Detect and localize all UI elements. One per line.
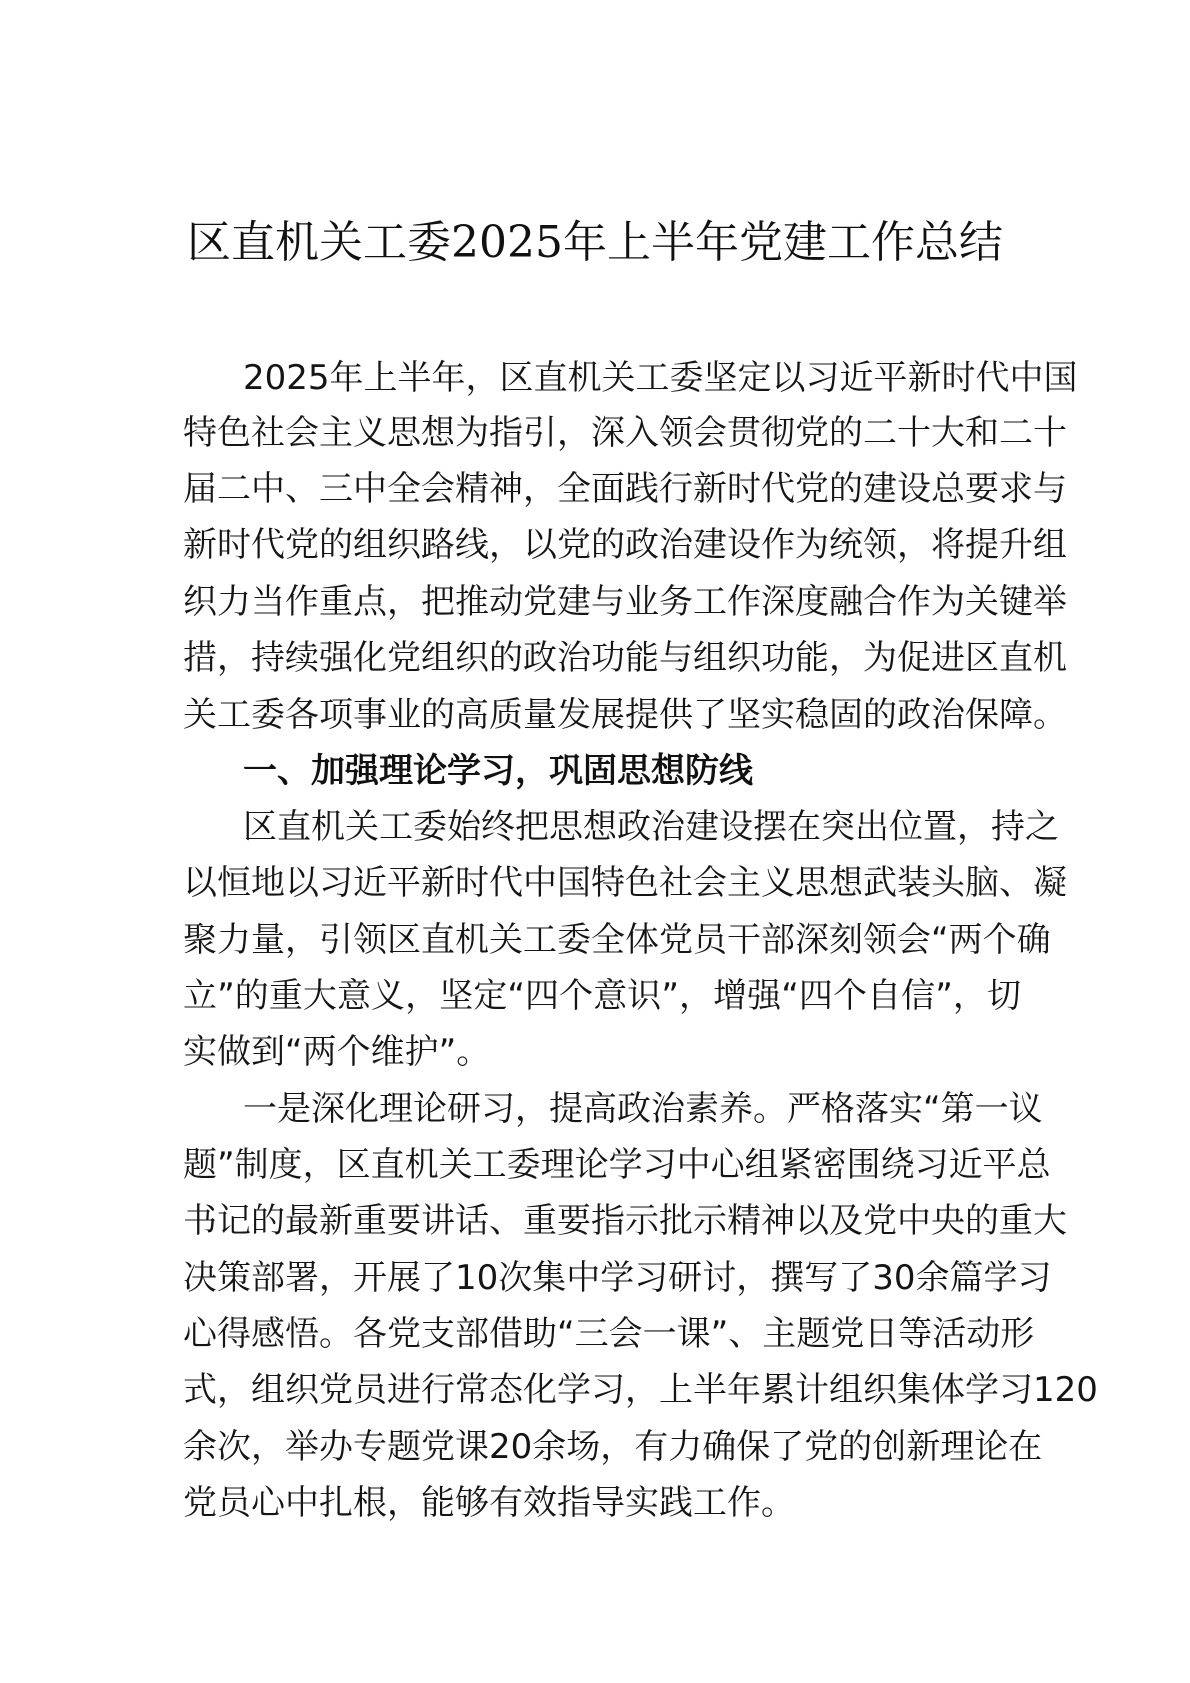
paragraph-point1-line: 式，组织党员进行常态化学习，上半年累计组织集体学习120: [183, 1362, 1021, 1418]
paragraph-section1-line: 聚力量，引领区直机关工委全体党员干部深刻领会“两个确: [183, 912, 1021, 968]
paragraph-point1-line: 党员心中扎根，能够有效指导实践工作。: [183, 1475, 1021, 1531]
paragraph-point1-line: 余次，举办专题党课20余场，有力确保了党的创新理论在: [183, 1419, 1021, 1475]
paragraph-intro-line: 关工委各项事业的高质量发展提供了坚实稳固的政治保障。: [183, 687, 1021, 743]
document-page: 区直机关工委2025年上半年党建工作总结 2025年上半年，区直机关工委坚定以习…: [0, 0, 1190, 1683]
paragraph-point1-line: 一是深化理论研习，提高政治素养。严格落实“第一议: [243, 1081, 1021, 1137]
paragraph-point1-line: 书记的最新重要讲话、重要指示批示精神以及党中央的重大: [183, 1193, 1021, 1249]
section-heading-1: 一、加强理论学习，巩固思想防线: [243, 743, 1021, 799]
paragraph-section1-line: 立”的重大意义，坚定“四个意识”，增强“四个自信”，切: [183, 968, 1021, 1024]
paragraph-intro-line: 措，持续强化党组织的政治功能与组织功能，为促进区直机: [183, 630, 1021, 686]
paragraph-point1-line: 题”制度，区直机关工委理论学习中心组紧密围绕习近平总: [183, 1137, 1021, 1193]
paragraph-intro-line: 织力当作重点，把推动党建与业务工作深度融合作为关键举: [183, 574, 1021, 630]
document-title: 区直机关工委2025年上半年党建工作总结: [0, 214, 1190, 272]
paragraph-section1-line: 区直机关工委始终把思想政治建设摆在突出位置，持之: [243, 799, 1021, 855]
paragraph-point1-line: 决策部署，开展了10次集中学习研讨，撰写了30余篇学习: [183, 1250, 1021, 1306]
paragraph-intro-line: 特色社会主义思想为指引，深入领会贯彻党的二十大和二十: [183, 405, 1021, 461]
paragraph-intro-line: 届二中、三中全会精神，全面践行新时代党的建设总要求与: [183, 461, 1021, 517]
paragraph-point1-line: 心得感悟。各党支部借助“三会一课”、主题党日等活动形: [183, 1306, 1021, 1362]
paragraph-intro-line: 新时代党的组织路线，以党的政治建设作为统领，将提升组: [183, 517, 1021, 573]
paragraph-section1-line: 实做到“两个维护”。: [183, 1024, 1021, 1080]
paragraph-section1-line: 以恒地以习近平新时代中国特色社会主义思想武装头脑、凝: [183, 855, 1021, 911]
paragraph-intro-line: 2025年上半年，区直机关工委坚定以习近平新时代中国: [243, 350, 1021, 406]
